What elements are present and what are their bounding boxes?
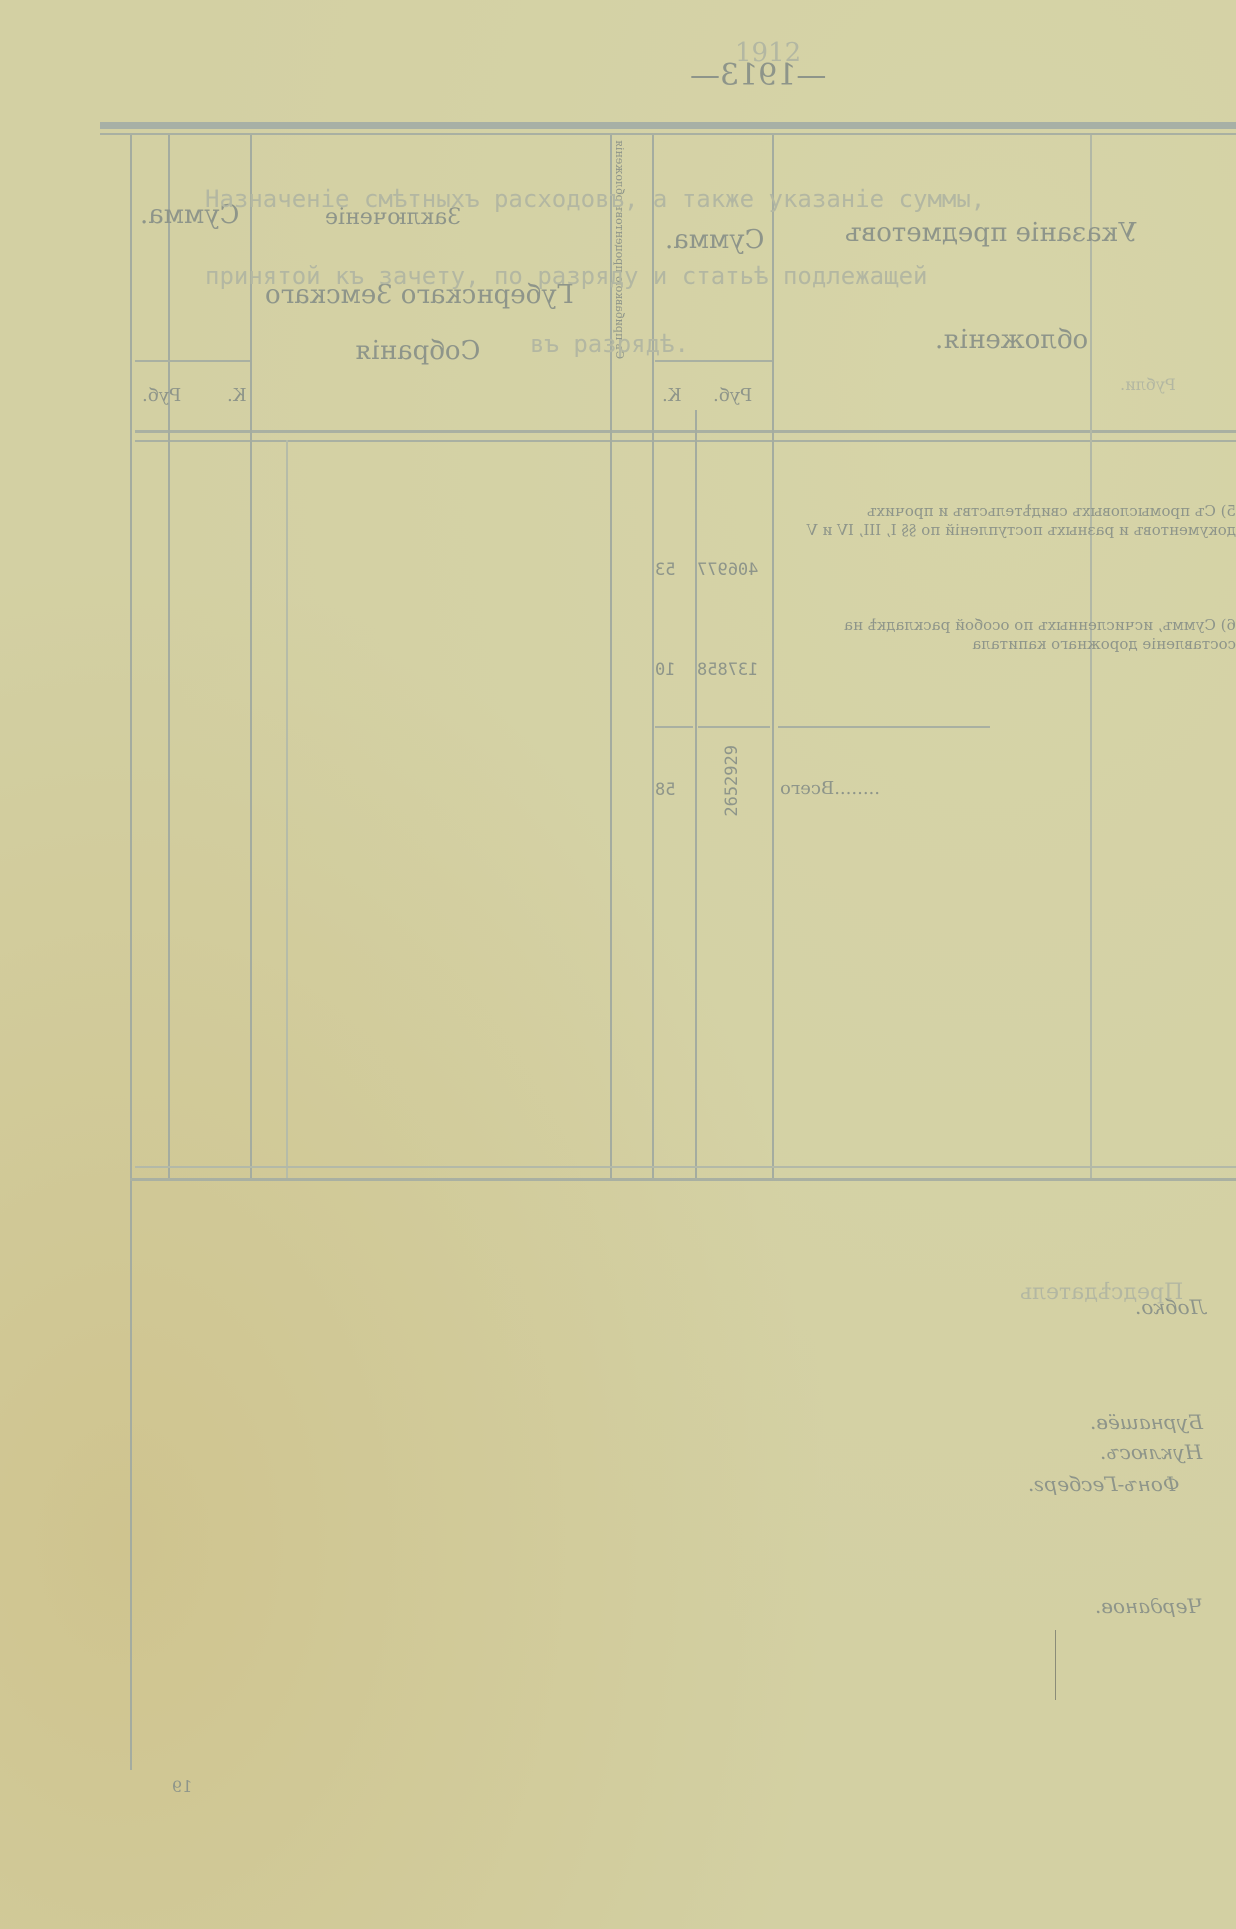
signature-1: Лобко.: [1135, 1295, 1206, 1319]
row-2-kop: 10: [655, 660, 675, 680]
sum-mid-units: К. Руб.: [662, 385, 753, 406]
total-rule-kop: [655, 726, 693, 728]
table-end-rule-2: [130, 1178, 1236, 1181]
bleed-heading-3: въ разрядѣ.: [530, 330, 689, 358]
frame-left: [130, 135, 132, 1770]
top-double-rule: [100, 122, 1236, 129]
total-label: ........Всего: [780, 778, 880, 799]
total-rule-rub: [698, 726, 770, 728]
row-1-kop: 53: [655, 560, 675, 580]
col-conclusion-inner: [286, 440, 288, 1180]
table-end-rule: [135, 1166, 1236, 1168]
header-bottom-rule: [135, 430, 1236, 433]
year-bleed: 1912: [735, 38, 801, 68]
row-1-rub: 406977: [697, 560, 758, 580]
subjects-header-2: обложенія.: [935, 325, 1088, 355]
subjects-header-1: Указаніе предметовъ: [845, 218, 1137, 248]
unit-rule-left: [135, 360, 250, 362]
bleed-heading-2: принятой къ зачету, по разряду и статьѣ …: [205, 262, 927, 290]
pen-mark: [1055, 1630, 1056, 1700]
row-1-label: 5) Съ промысловыхъ свидѣтельствъ и прочи…: [778, 502, 1236, 540]
top-rule-2: [100, 133, 1236, 135]
row-2-label: 6) Суммъ, исчисленныхъ по особой расклад…: [778, 616, 1236, 654]
row-2-rub: 137858: [697, 660, 758, 680]
bleed-heading-1: Назначеніе смѣтныхъ расходовъ, а также у…: [205, 185, 985, 213]
right-units-header: Рубли.: [1120, 375, 1176, 394]
unit-rule-mid: [655, 360, 772, 362]
conclusion-header-3: Собранія: [355, 336, 480, 366]
col-subject-end: [1090, 135, 1092, 1180]
sum-left-units: Руб. К.: [142, 385, 247, 406]
col-kop-mid: [695, 410, 697, 1180]
total-kop: 58: [655, 780, 675, 800]
col-sum-left-end: [250, 135, 252, 1180]
page-number: 19: [172, 1777, 192, 1796]
total-rub: 2652929: [722, 745, 742, 822]
header-bottom-rule-2: [135, 440, 1236, 442]
signature-4: Фонъ-Гесберг.: [1028, 1472, 1180, 1496]
col-conclusion-end: [610, 135, 612, 1180]
signature-2: Бурнашёв.: [1090, 1410, 1203, 1434]
col-vertical-end: [652, 135, 654, 1180]
col-sum-left-kop: [168, 135, 170, 1180]
col-sum-mid-end: [772, 135, 774, 1180]
signature-3: Нуклюсъ.: [1100, 1440, 1202, 1464]
signature-5: Черданов.: [1095, 1594, 1203, 1618]
sum-mid-header: Сумма.: [665, 225, 764, 255]
total-rule-label: [778, 726, 990, 728]
